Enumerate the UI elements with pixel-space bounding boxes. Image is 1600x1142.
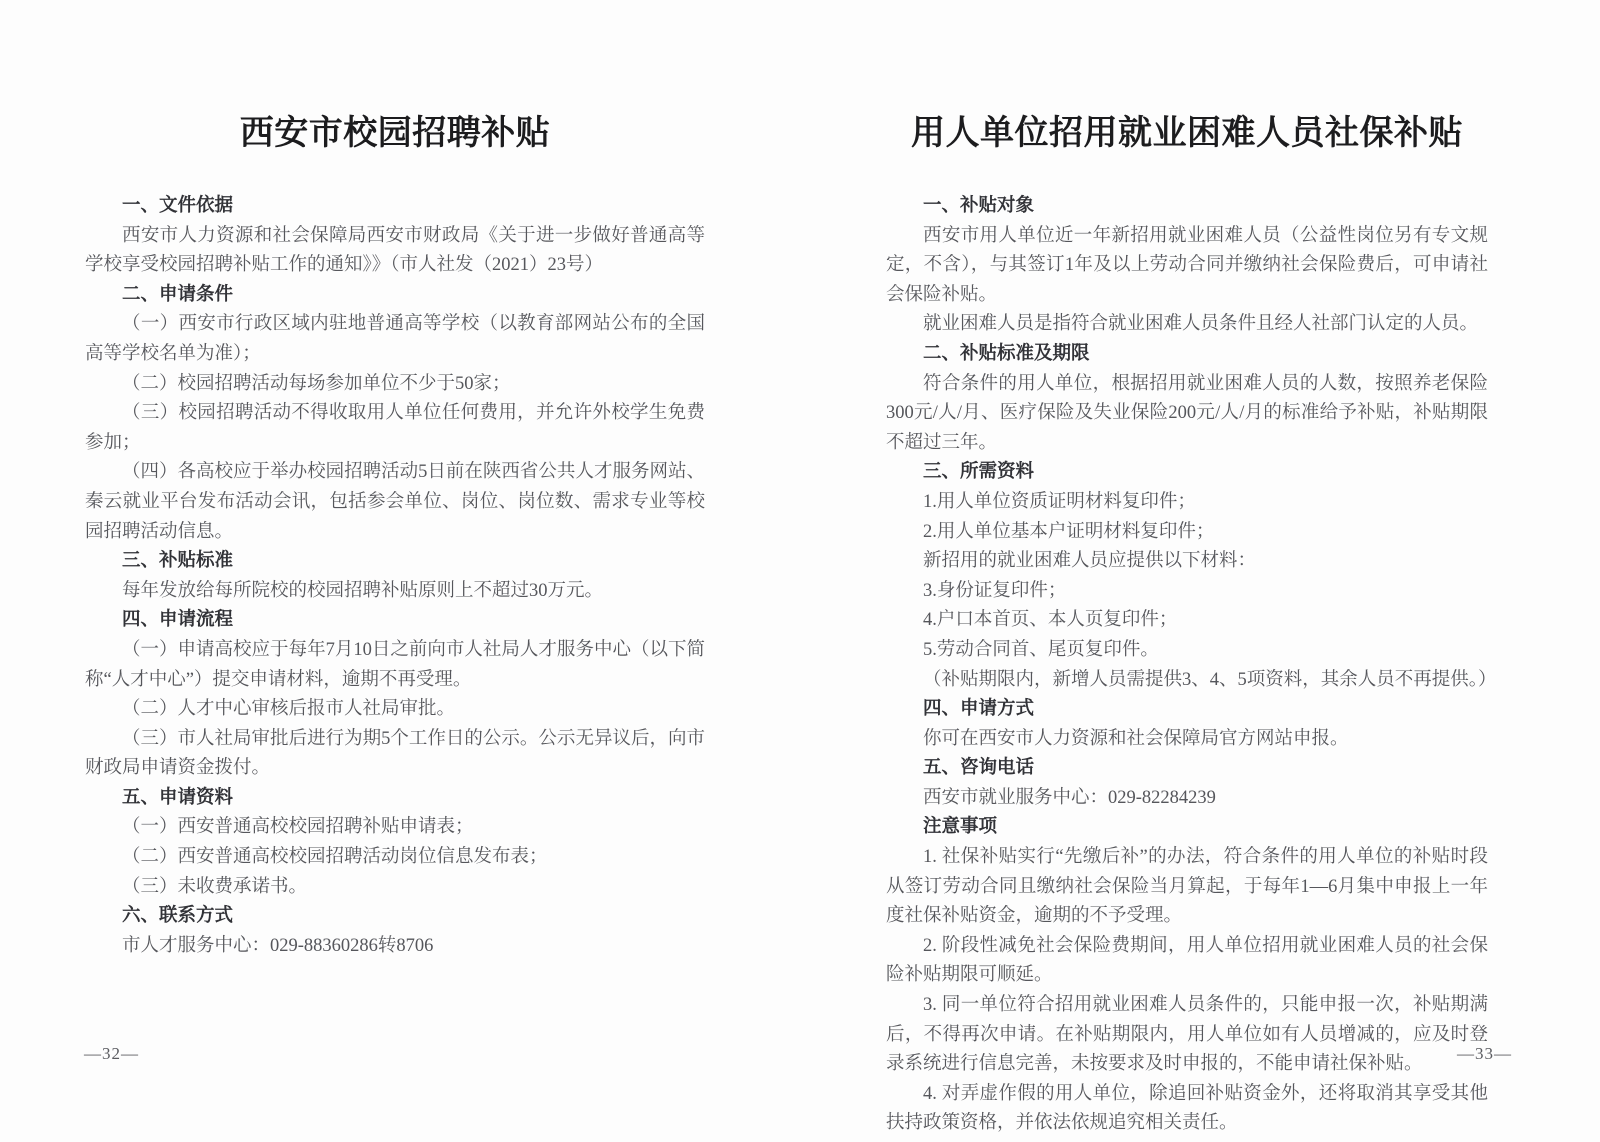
page-title-right: 用人单位招用就业困难人员社保补贴 (886, 112, 1488, 156)
paragraph: （三）校园招聘活动不得收取用人单位任何费用，并允许外校学生免费参加； (85, 399, 705, 458)
section-heading: 二、申请条件 (85, 281, 705, 311)
paragraph: 2. 阶段性减免社会保险费期间，用人单位招用就业困难人员的社会保险补贴期限可顺延… (886, 932, 1488, 991)
paragraph: （四）各高校应于举办校园招聘活动5日前在陕西省公共人才服务网站、秦云就业平台发布… (85, 458, 705, 547)
paragraph: （三）未收费承诺书。 (85, 873, 705, 903)
section-heading: 注意事项 (886, 813, 1488, 843)
section-heading: 三、所需资料 (886, 458, 1488, 488)
paragraph: 3. 同一单位符合招用就业困难人员条件的，只能申报一次，补贴期满后，不得再次申请… (886, 991, 1488, 1080)
section-heading: 三、补贴标准 (85, 547, 705, 577)
page-32: 西安市校园招聘补贴 一、文件依据西安市人力资源和社会保障局西安市财政局《关于进一… (0, 0, 800, 1142)
paragraph: 西安市就业服务中心：029-82284239 (886, 784, 1488, 814)
page-content-left: 一、文件依据西安市人力资源和社会保障局西安市财政局《关于进一步做好普通高等学校享… (85, 192, 705, 961)
page-number-right: —33— (1457, 1044, 1512, 1064)
paragraph: 新招用的就业困难人员应提供以下材料： (886, 547, 1488, 577)
paragraph: 你可在西安市人力资源和社会保障局官方网站申报。 (886, 725, 1488, 755)
paragraph: 西安市人力资源和社会保障局西安市财政局《关于进一步做好普通高等学校享受校园招聘补… (85, 222, 705, 281)
paragraph: 符合条件的用人单位，根据招用就业困难人员的人数，按照养老保险300元/人/月、医… (886, 370, 1488, 459)
document-spread: 西安市校园招聘补贴 一、文件依据西安市人力资源和社会保障局西安市财政局《关于进一… (0, 0, 1600, 1142)
paragraph: 市人才服务中心：029-88360286转8706 (85, 932, 705, 962)
section-heading: 五、申请资料 (85, 784, 705, 814)
section-heading: 六、联系方式 (85, 902, 705, 932)
page-content-right: 一、补贴对象西安市用人单位近一年新招用就业困难人员（公益性岗位另有专文规定，不含… (886, 192, 1488, 1139)
section-heading: 四、申请方式 (886, 695, 1488, 725)
paragraph: 2.用人单位基本户证明材料复印件； (886, 518, 1488, 548)
section-heading: 二、补贴标准及期限 (886, 340, 1488, 370)
paragraph: （一）西安普通高校校园招聘补贴申请表； (85, 813, 705, 843)
paragraph: （三）市人社局审批后进行为期5个工作日的公示。公示无异议后，向市财政局申请资金拨… (85, 725, 705, 784)
paragraph: 4.户口本首页、本人页复印件； (886, 606, 1488, 636)
section-heading: 一、文件依据 (85, 192, 705, 222)
paragraph: （二）西安普通高校校园招聘活动岗位信息发布表； (85, 843, 705, 873)
paragraph: 西安市用人单位近一年新招用就业困难人员（公益性岗位另有专文规定，不含），与其签订… (886, 222, 1488, 311)
paragraph: （二）人才中心审核后报市人社局审批。 (85, 695, 705, 725)
paragraph: 4. 对弄虚作假的用人单位，除追回补贴资金外，还将取消其享受其他扶持政策资格，并… (886, 1080, 1488, 1139)
section-heading: 五、咨询电话 (886, 754, 1488, 784)
paragraph: （二）校园招聘活动每场参加单位不少于50家； (85, 370, 705, 400)
section-heading: 一、补贴对象 (886, 192, 1488, 222)
paragraph: 1. 社保补贴实行“先缴后补”的办法，符合条件的用人单位的补贴时段从签订劳动合同… (886, 843, 1488, 932)
paragraph: （一）西安市行政区域内驻地普通高等学校（以教育部网站公布的全国高等学校名单为准）… (85, 310, 705, 369)
page-33: 用人单位招用就业困难人员社保补贴 一、补贴对象西安市用人单位近一年新招用就业困难… (800, 0, 1600, 1142)
page-number-left: —32— (84, 1044, 139, 1064)
paragraph: （一）申请高校应于每年7月10日之前向市人社局人才服务中心（以下简称“人才中心”… (85, 636, 705, 695)
paragraph: 1.用人单位资质证明材料复印件； (886, 488, 1488, 518)
paragraph: 3.身份证复印件； (886, 577, 1488, 607)
paragraph: 就业困难人员是指符合就业困难人员条件且经人社部门认定的人员。 (886, 310, 1488, 340)
paragraph: 5.劳动合同首、尾页复印件。 (886, 636, 1488, 666)
paragraph: （补贴期限内，新增人员需提供3、4、5项资料，其余人员不再提供。） (886, 666, 1488, 696)
section-heading: 四、申请流程 (85, 606, 705, 636)
page-title-left: 西安市校园招聘补贴 (85, 112, 705, 156)
paragraph: 每年发放给每所院校的校园招聘补贴原则上不超过30万元。 (85, 577, 705, 607)
